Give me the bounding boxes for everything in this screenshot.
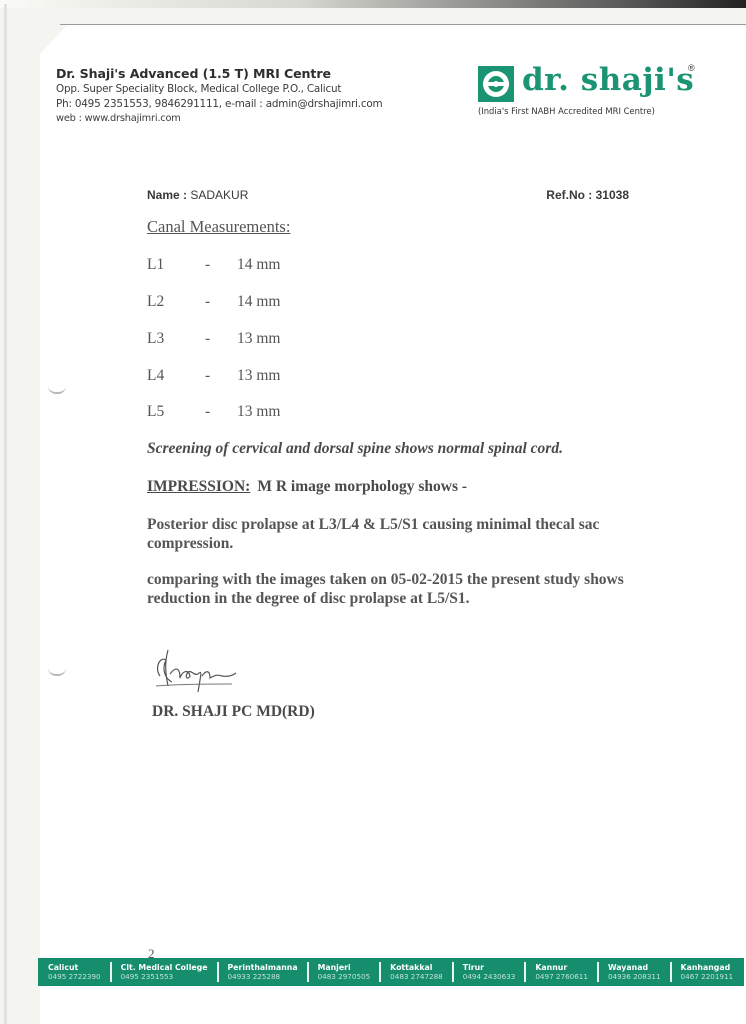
comparison-paragraph: comparing with the images taken on 05-02… [147,571,667,608]
branch-name: Perinthalmanna [228,963,298,972]
branch-name: Kanhangad [681,963,734,972]
scan-border-left [4,4,7,1024]
level-label: L3 [147,330,205,348]
canal-measurements-title: Canal Measurements: [147,217,290,237]
logo-mark-icon [478,66,514,102]
centre-name: Dr. Shaji's Advanced (1.5 T) MRI Centre [56,66,382,81]
branch-item: Kanhangad0467 2201911 [681,962,743,982]
scan-border-top [0,0,746,8]
branch-item: Perinthalmanna04933 225288 [228,962,309,982]
measurement-row: L2-14 mm [147,293,281,311]
branch-name: Kottakkal [390,963,443,972]
signature-icon [150,646,240,696]
branch-item: Manjeri0483 2970505 [318,962,382,982]
branch-name: Calicut [48,963,101,972]
branch-name: Wayanad [608,963,661,972]
level-label: L4 [147,367,205,385]
branch-phone: 0497 2760611 [535,972,588,981]
measurement-row: L1-14 mm [147,256,281,274]
impression-intro: M R image morphology shows - [257,478,467,495]
level-label: L2 [147,293,205,311]
branch-phone: 0495 2351553 [121,972,208,981]
branch-name: Tirur [463,963,516,972]
finding-paragraph: Posterior disc prolapse at L3/L4 & L5/S1… [147,516,667,553]
measurement-value: 13 mm [237,330,281,347]
separator: - [205,256,237,274]
logo-text: dr. shaji's [522,62,694,98]
separator: - [205,367,237,385]
signer-name: DR. SHAJI PC MD(RD) [152,703,315,721]
branch-item: Calicut0495 2722390 [48,962,112,982]
ref-label: Ref.No : [546,188,592,202]
measurement-value: 14 mm [237,293,281,310]
measurement-value: 13 mm [237,403,281,420]
impression-heading: IMPRESSION:M R image morphology shows - [147,478,467,496]
branch-name: Manjeri [318,963,371,972]
branch-phone: 0495 2722390 [48,972,101,981]
branch-phone: 04933 225288 [228,972,298,981]
branch-phone: 0483 2747288 [390,972,443,981]
centre-address: Opp. Super Speciality Block, Medical Col… [56,82,382,96]
branch-phone: 04936 208311 [608,972,661,981]
screening-note: Screening of cervical and dorsal spine s… [147,440,563,458]
branch-item: Wayanad04936 208311 [608,962,672,982]
branch-name: Kannur [535,963,588,972]
measurement-value: 14 mm [237,256,281,273]
letterhead-address: Dr. Shaji's Advanced (1.5 T) MRI Centre … [56,66,382,126]
branch-item: Clt. Medical College0495 2351553 [121,962,219,982]
registered-mark: ® [688,63,695,73]
centre-web: web : www.drshajimri.com [56,112,382,126]
centre-contact: Ph: 0495 2351553, 9846291111, e-mail : a… [56,97,382,111]
separator: - [205,330,237,348]
measurement-row: L3-13 mm [147,330,281,348]
page-edge [60,24,746,25]
ref-value: 31038 [596,188,629,202]
branch-item: Kottakkal0483 2747288 [390,962,454,982]
branch-phone: 0467 2201911 [681,972,734,981]
branch-item: Tirur0494 2430633 [463,962,527,982]
patient-name: SADAKUR [190,188,248,202]
branch-name: Clt. Medical College [121,963,208,972]
logo-tagline: (India's First NABH Accredited MRI Centr… [478,106,655,116]
separator: - [205,293,237,311]
separator: - [205,403,237,421]
branch-item: Kannur0497 2760611 [535,962,599,982]
name-label: Name : [147,188,187,202]
level-label: L1 [147,256,205,274]
branch-footer: Calicut0495 2722390 Clt. Medical College… [38,958,744,986]
measurement-row: L4-13 mm [147,367,281,385]
measurement-value: 13 mm [237,367,281,384]
patient-info-row: Name : SADAKUR Ref.No : 31038 [147,188,629,202]
level-label: L5 [147,403,205,421]
reference-number: Ref.No : 31038 [546,188,629,202]
branch-phone: 0483 2970505 [318,972,371,981]
measurement-row: L5-13 mm [147,403,281,421]
impression-label: IMPRESSION: [147,478,250,495]
branch-phone: 0494 2430633 [463,972,516,981]
